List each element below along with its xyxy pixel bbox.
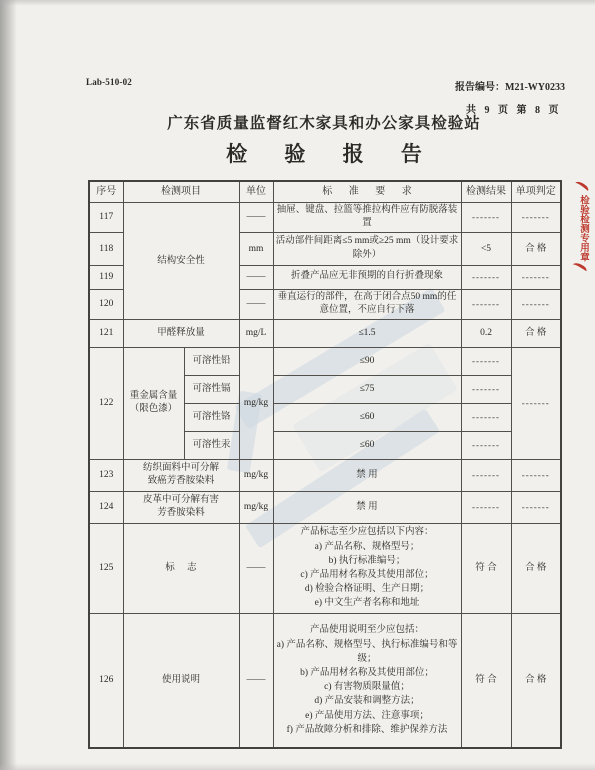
cell-result: ------- (461, 491, 511, 523)
cell-unit: mm (239, 232, 273, 265)
seal-border-fragment-icon (573, 179, 590, 195)
cell-subitem: 可溶性汞 (184, 431, 239, 459)
table-row-121: 121 甲醛释放量 mg/L ≤1.5 0.2 合 格 (89, 319, 561, 347)
cell-verdict: ------- (511, 265, 561, 289)
cell-no: 124 (89, 491, 123, 523)
cell-result: ------- (461, 265, 511, 289)
cell-verdict: 合 格 (511, 613, 561, 748)
cell-requirement: 垂直运行的部件，在高于闭合点50 mm的任意位置，不应自行下落 (273, 289, 461, 319)
cell-requirement: 活动部件间距离≤5 mm或≥25 mm（设计要求除外） (273, 232, 461, 265)
header-verdict: 单项判定 (511, 181, 561, 202)
form-code: Lab-510-02 (86, 77, 132, 87)
header-no: 序号 (89, 181, 123, 202)
cell-requirement: 禁 用 (273, 459, 461, 491)
cell-requirement: 折叠产品应无非预期的自行折叠现象 (273, 265, 461, 289)
cell-unit: —— (239, 523, 273, 613)
cell-unit: mg/L (239, 319, 273, 347)
red-seal-fragment: 检验检测专用章 (571, 182, 595, 280)
cell-unit: —— (239, 265, 273, 289)
cell-requirement: ≤75 (273, 375, 461, 403)
cell-verdict: 合 格 (511, 232, 561, 265)
table-row-126: 126 使用说明 —— 产品使用说明至少应包括： a) 产品名称、规格型号、执行… (89, 613, 561, 748)
cell-no: 117 (89, 202, 123, 232)
cell-requirement: 产品使用说明至少应包括： a) 产品名称、规格型号、执行标准编号和等级； b) … (273, 613, 461, 748)
seal-border-fragment-icon (571, 261, 588, 276)
cell-requirement: ≤60 (273, 403, 461, 431)
scanned-report-page: Lab-510-02 报告编号：M21-WY0233 共 9 页 第 8 页 广… (0, 0, 595, 770)
header-unit: 单位 (239, 181, 273, 202)
cell-verdict: ------- (511, 202, 561, 232)
scan-edge-bottom (0, 763, 595, 770)
cell-no: 126 (89, 613, 123, 748)
cell-verdict: ------- (511, 491, 561, 523)
cell-result: <5 (461, 232, 511, 265)
cell-requirement: ≤60 (273, 431, 461, 459)
cell-requirement: 抽屉、键盘、拉篮等推拉构件应有防脱落装置 (273, 202, 461, 232)
cell-subitem: 可溶性镉 (184, 375, 239, 403)
cell-result: 0.2 (461, 319, 511, 347)
organization-title: 广东省质量监督红木家具和办公家具检验站 (88, 111, 560, 133)
cell-no: 119 (89, 265, 123, 289)
header-result: 检测结果 (461, 181, 511, 202)
cell-result: ------- (461, 202, 511, 232)
cell-requirement: 产品标志至少应包括以下内容： a) 产品名称、规格型号； b) 执行标准编号； … (273, 523, 461, 613)
seal-text-fragment: 检验检测专用章 (578, 195, 588, 262)
table-header-row: 序号 检测项目 单位 标 准 要 求 检测结果 单项判定 (89, 181, 561, 202)
cell-item-group: 结构安全性 (123, 202, 239, 319)
cell-requirement: ≤90 (273, 347, 461, 375)
cell-verdict: 合 格 (511, 523, 561, 613)
cell-subitem: 可溶性铅 (184, 347, 239, 375)
cell-unit: —— (239, 289, 273, 319)
cell-subitem: 可溶性铬 (184, 403, 239, 431)
cell-result: ------- (461, 289, 511, 319)
report-number: 报告编号：M21-WY0233 (455, 78, 565, 93)
cell-item: 使用说明 (123, 613, 239, 748)
cell-requirement: ≤1.5 (273, 319, 461, 347)
cell-result: 符 合 (461, 613, 511, 748)
cell-item: 重金属含量 （限色漆） (123, 347, 184, 459)
table-row-123: 123 纺织面料中可分解 致癌芳香胺染料 mg/kg 禁 用 ------- -… (89, 459, 561, 491)
cell-result: 符 合 (461, 523, 511, 613)
header-requirement: 标 准 要 求 (273, 181, 461, 202)
cell-result: ------- (461, 459, 511, 491)
cell-result: ------- (461, 347, 511, 375)
scan-edge-left (0, 0, 17, 770)
cell-unit: mg/kg (239, 491, 273, 523)
cell-no: 120 (89, 289, 123, 319)
cell-result: ------- (461, 403, 511, 431)
cell-no: 122 (89, 347, 123, 459)
table-row-124: 124 皮革中可分解有害 芳香胺染料 mg/kg 禁 用 ------- ---… (89, 491, 561, 523)
cell-item: 皮革中可分解有害 芳香胺染料 (123, 491, 239, 523)
cell-unit: mg/kg (239, 459, 273, 491)
cell-verdict: ------- (511, 347, 561, 459)
cell-result: ------- (461, 375, 511, 403)
cell-item: 标 志 (123, 523, 239, 613)
document-title: 检 验 报 告 (88, 138, 560, 168)
cell-no: 118 (89, 232, 123, 265)
scan-edge-top (0, 0, 595, 6)
cell-result: ------- (461, 431, 511, 459)
cell-verdict: 合 格 (511, 319, 561, 347)
inspection-results-table: 序号 检测项目 单位 标 准 要 求 检测结果 单项判定 117 结构安全性 —… (88, 180, 562, 749)
cell-verdict: ------- (511, 289, 561, 319)
cell-no: 121 (89, 319, 123, 347)
cell-item: 甲醛释放量 (123, 319, 239, 347)
cell-unit: mg/kg (239, 347, 273, 459)
cell-no: 123 (89, 459, 123, 491)
cell-unit: —— (239, 202, 273, 232)
cell-item: 纺织面料中可分解 致癌芳香胺染料 (123, 459, 239, 491)
cell-no: 125 (89, 523, 123, 613)
table-row-125: 125 标 志 —— 产品标志至少应包括以下内容： a) 产品名称、规格型号； … (89, 523, 561, 613)
header-item: 检测项目 (123, 181, 239, 202)
cell-verdict: ------- (511, 459, 561, 491)
table-row-122-lead: 122 重金属含量 （限色漆） 可溶性铅 mg/kg ≤90 ------- -… (89, 347, 561, 375)
table-row-117: 117 结构安全性 —— 抽屉、键盘、拉篮等推拉构件应有防脱落装置 ------… (89, 202, 561, 232)
cell-requirement: 禁 用 (273, 491, 461, 523)
cell-unit: —— (239, 613, 273, 748)
